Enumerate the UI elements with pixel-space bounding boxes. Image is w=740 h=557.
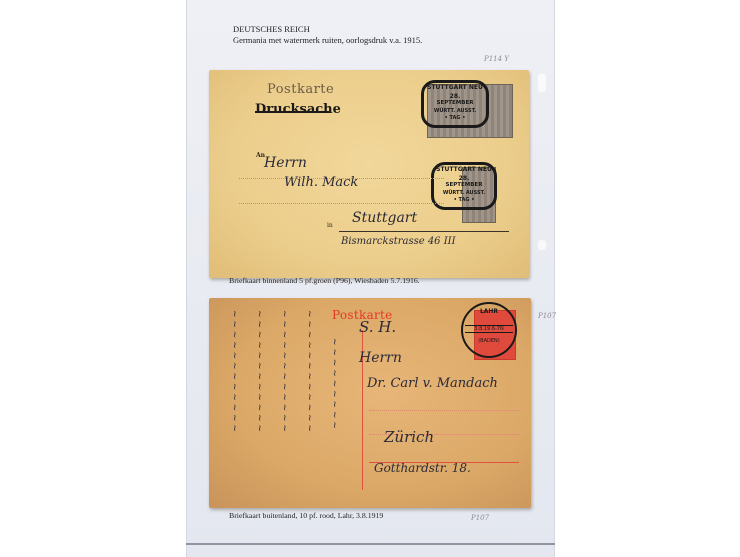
cancel-postmark-1: STUTTGART NEU 28. SEPTEMBER WÜRTT. AUSST… [421,80,489,128]
handwriting-line: S. H. [359,318,396,336]
pencil-note-top: P114 Y [484,55,509,63]
mount-hinge [538,240,546,250]
handwriting-line: Dr. Carl v. Mandach [367,376,498,391]
message-text-column: ~ ~ ~ ~ ~ ~ ~ ~ ~ ~ ~ ~ [254,310,264,432]
address-line [369,410,519,411]
handwriting-line: Wilh. Mack [284,175,358,190]
handwriting-line: Stuttgart [352,210,417,226]
album-sheet: DEUTSCHES REICH Germania met watermerk r… [186,0,555,557]
card-title: Postkarte [267,82,334,97]
strike-line [255,111,329,113]
address-line [239,203,444,204]
sheet-bottom-rule [186,543,555,545]
town-line [339,231,509,232]
handwriting-line: Gotthardstr. 18. [374,461,471,475]
postcard-germania-5pf: Postkarte Drucksache STUTTGART NEU 28. S… [209,70,529,278]
in-label: in [327,222,333,229]
message-text-column: ~ ~ ~ ~ ~ ~ ~ ~ ~ ~ ~ ~ [304,310,314,432]
sheet-heading: DEUTSCHES REICH Germania met watermerk r… [233,24,422,46]
message-text-column: ~ ~ ~ ~ ~ ~ ~ ~ ~ ~ ~ ~ [229,310,239,432]
heading-subtitle: Germania met watermerk ruiten, oorlogsdr… [233,35,422,46]
postcard-germania-10pf: Postkarte LAHR 3.8.19.6-7N (BADEN) S. H.… [209,298,531,508]
mount-hinge [538,74,546,92]
heading-title: DEUTSCHES REICH [233,24,422,35]
caption-card-1: Briefkaart binnenland 5 pf.groen (P96), … [229,276,420,285]
handwriting-line: Bismarckstrasse 46 III [341,236,456,247]
handwriting-line: Herrn [359,350,402,366]
pencil-note-bottom: P107 [471,514,489,522]
caption-card-2: Briefkaart buitenland, 10 pf. rood, Lahr… [229,511,383,520]
round-postmark: LAHR 3.8.19.6-7N (BADEN) [461,302,517,358]
message-text-column: ~ ~ ~ ~ ~ ~ ~ ~ ~ ~ ~ ~ [279,310,289,432]
handwriting-line: Herrn [264,155,307,171]
drucksache-overprint: Drucksache [255,102,341,117]
message-text-column: ~ ~ ~ ~ ~ ~ ~ ~ ~ [329,338,339,429]
pencil-note-mid: P107 [538,312,556,320]
handwriting-line: Zürich [384,428,434,446]
